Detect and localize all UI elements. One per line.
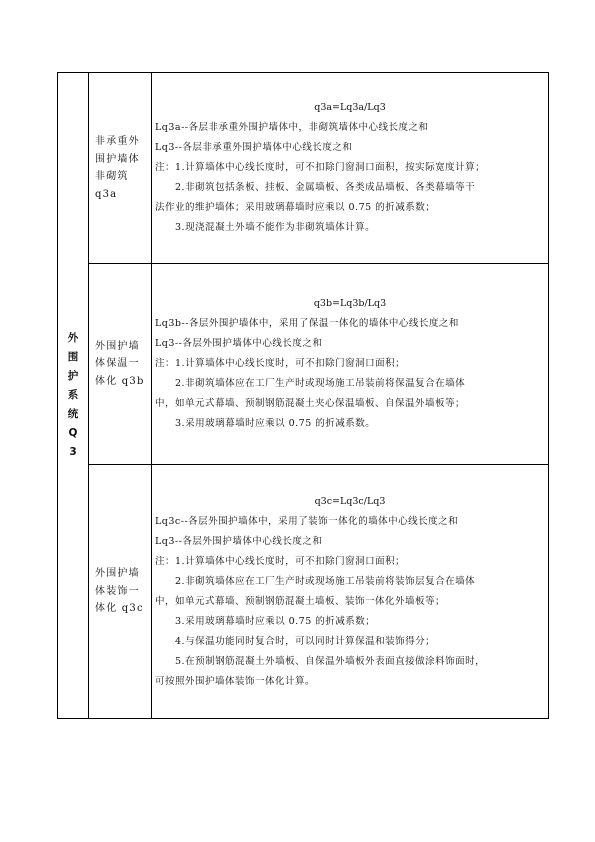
formula: q3b=Lq3b/Lq3 [155, 294, 545, 314]
row-name-cell: 非承重外围护墙体非砌筑q3a [89, 73, 152, 263]
row-name: 非承重外围护墙体非砌筑q3a [89, 133, 149, 203]
row-name-cell: 外围护墙体保温一体化 q3b [89, 264, 152, 464]
system-label: 外围护系统Q3 [66, 329, 80, 462]
note-text: 1.计算墙体中心线长度时，可不扣除门窗洞口面积； [175, 556, 405, 567]
row-name: 外围护墙体装饰一体化 q3c [89, 565, 149, 618]
table-row-q3b: 外围护墙体保温一体化 q3b q3b=Lq3b/Lq3 Lq3b--各层外围护墙… [89, 264, 548, 465]
note-line: 注：1.计算墙体中心线长度时，可不扣除门窗洞口面积，按实际宽度计算； [155, 158, 545, 178]
note-line: 3.采用玻璃幕墙时应乘以 0.75 的折减系数。 [155, 414, 545, 434]
note-line: 2.非砌筑墙体应在工厂生产时或现场施工吊装前将装饰层复合在墙体 [155, 572, 545, 592]
definition: Lq3--各层外围护墙体中心线长度之和 [155, 334, 545, 354]
table-row-q3a: 非承重外围护墙体非砌筑q3a q3a=Lq3a/Lq3 Lq3a--各层非承重外… [89, 73, 548, 264]
row-name-cell: 外围护墙体装饰一体化 q3c [89, 465, 152, 718]
note-line: 3.采用玻璃幕墙时应乘以 0.75 的折减系数； [155, 612, 545, 632]
definition: Lq3b--各层外围护墙体中，采用了保温一体化的墙体中心线长度之和 [155, 314, 545, 334]
note-line: 注：1.计算墙体中心线长度时，可不扣除门窗洞口面积； [155, 354, 545, 374]
note-line: 5.在预制钢筋混凝土外墙板、自保温外墙板外表面直接做涂料饰面时， [155, 652, 545, 672]
note-line: 4.与保温功能同时复合时，可以同时计算保温和装饰得分； [155, 632, 545, 652]
system-cell: 外围护系统Q3 [58, 73, 89, 718]
formula: q3a=Lq3a/Lq3 [155, 98, 545, 118]
notes-prefix: 注： [155, 358, 175, 369]
note-text: 1.计算墙体中心线长度时，可不扣除门窗洞口面积； [175, 358, 405, 369]
definition: Lq3c--各层外围护墙体中，采用了装饰一体化的墙体中心线长度之和 [155, 512, 545, 532]
table-row-q3c: 外围护墙体装饰一体化 q3c q3c=Lq3c/Lq3 Lq3c--各层外围护墙… [89, 465, 548, 718]
note-text: 1.计算墙体中心线长度时，可不扣除门窗洞口面积，按实际宽度计算； [175, 162, 485, 173]
row-body: q3a=Lq3a/Lq3 Lq3a--各层非承重外围护墙体中，非砌筑墙体中心线长… [152, 73, 548, 263]
definition: Lq3--各层非承重外围护墙体中心线长度之和 [155, 138, 545, 158]
definition: Lq3a--各层非承重外围护墙体中，非砌筑墙体中心线长度之和 [155, 118, 545, 138]
note-line: 2.非砌筑墙体应在工厂生产时或现场施工吊装前将保温复合在墙体 [155, 374, 545, 394]
row-body: q3b=Lq3b/Lq3 Lq3b--各层外围护墙体中，采用了保温一体化的墙体中… [152, 264, 548, 464]
note-line: 可按照外围护墙体装饰一体化计算。 [155, 672, 545, 692]
notes-prefix: 注： [155, 556, 175, 567]
note-line: 3.现浇混凝土外墙不能作为非砌筑墙体计算。 [155, 218, 545, 238]
note-line: 中，如单元式幕墙、预制钢筋混凝土墙板、装饰一体化外墙板等； [155, 592, 545, 612]
notes-prefix: 注： [155, 162, 175, 173]
row-name: 外围护墙体保温一体化 q3b [89, 338, 149, 391]
q3-table: 外围护系统Q3 非承重外围护墙体非砌筑q3a q3a=Lq3a/Lq3 Lq3a… [57, 72, 549, 719]
row-body: q3c=Lq3c/Lq3 Lq3c--各层外围护墙体中，采用了装饰一体化的墙体中… [152, 465, 548, 718]
formula: q3c=Lq3c/Lq3 [155, 492, 545, 512]
note-line: 2.非砌筑包括条板、挂板、金属墙板、各类成品墙板、各类幕墙等干 [155, 178, 545, 198]
note-line: 注：1.计算墙体中心线长度时，可不扣除门窗洞口面积； [155, 552, 545, 572]
note-line: 中，如单元式幕墙、预制钢筋混凝土夹心保温墙板、自保温外墙板等； [155, 394, 545, 414]
note-line: 法作业的维护墙体；采用玻璃幕墙时应乘以 0.75 的折减系数； [155, 198, 545, 218]
definition: Lq3--各层外围护墙体中心线长度之和 [155, 532, 545, 552]
